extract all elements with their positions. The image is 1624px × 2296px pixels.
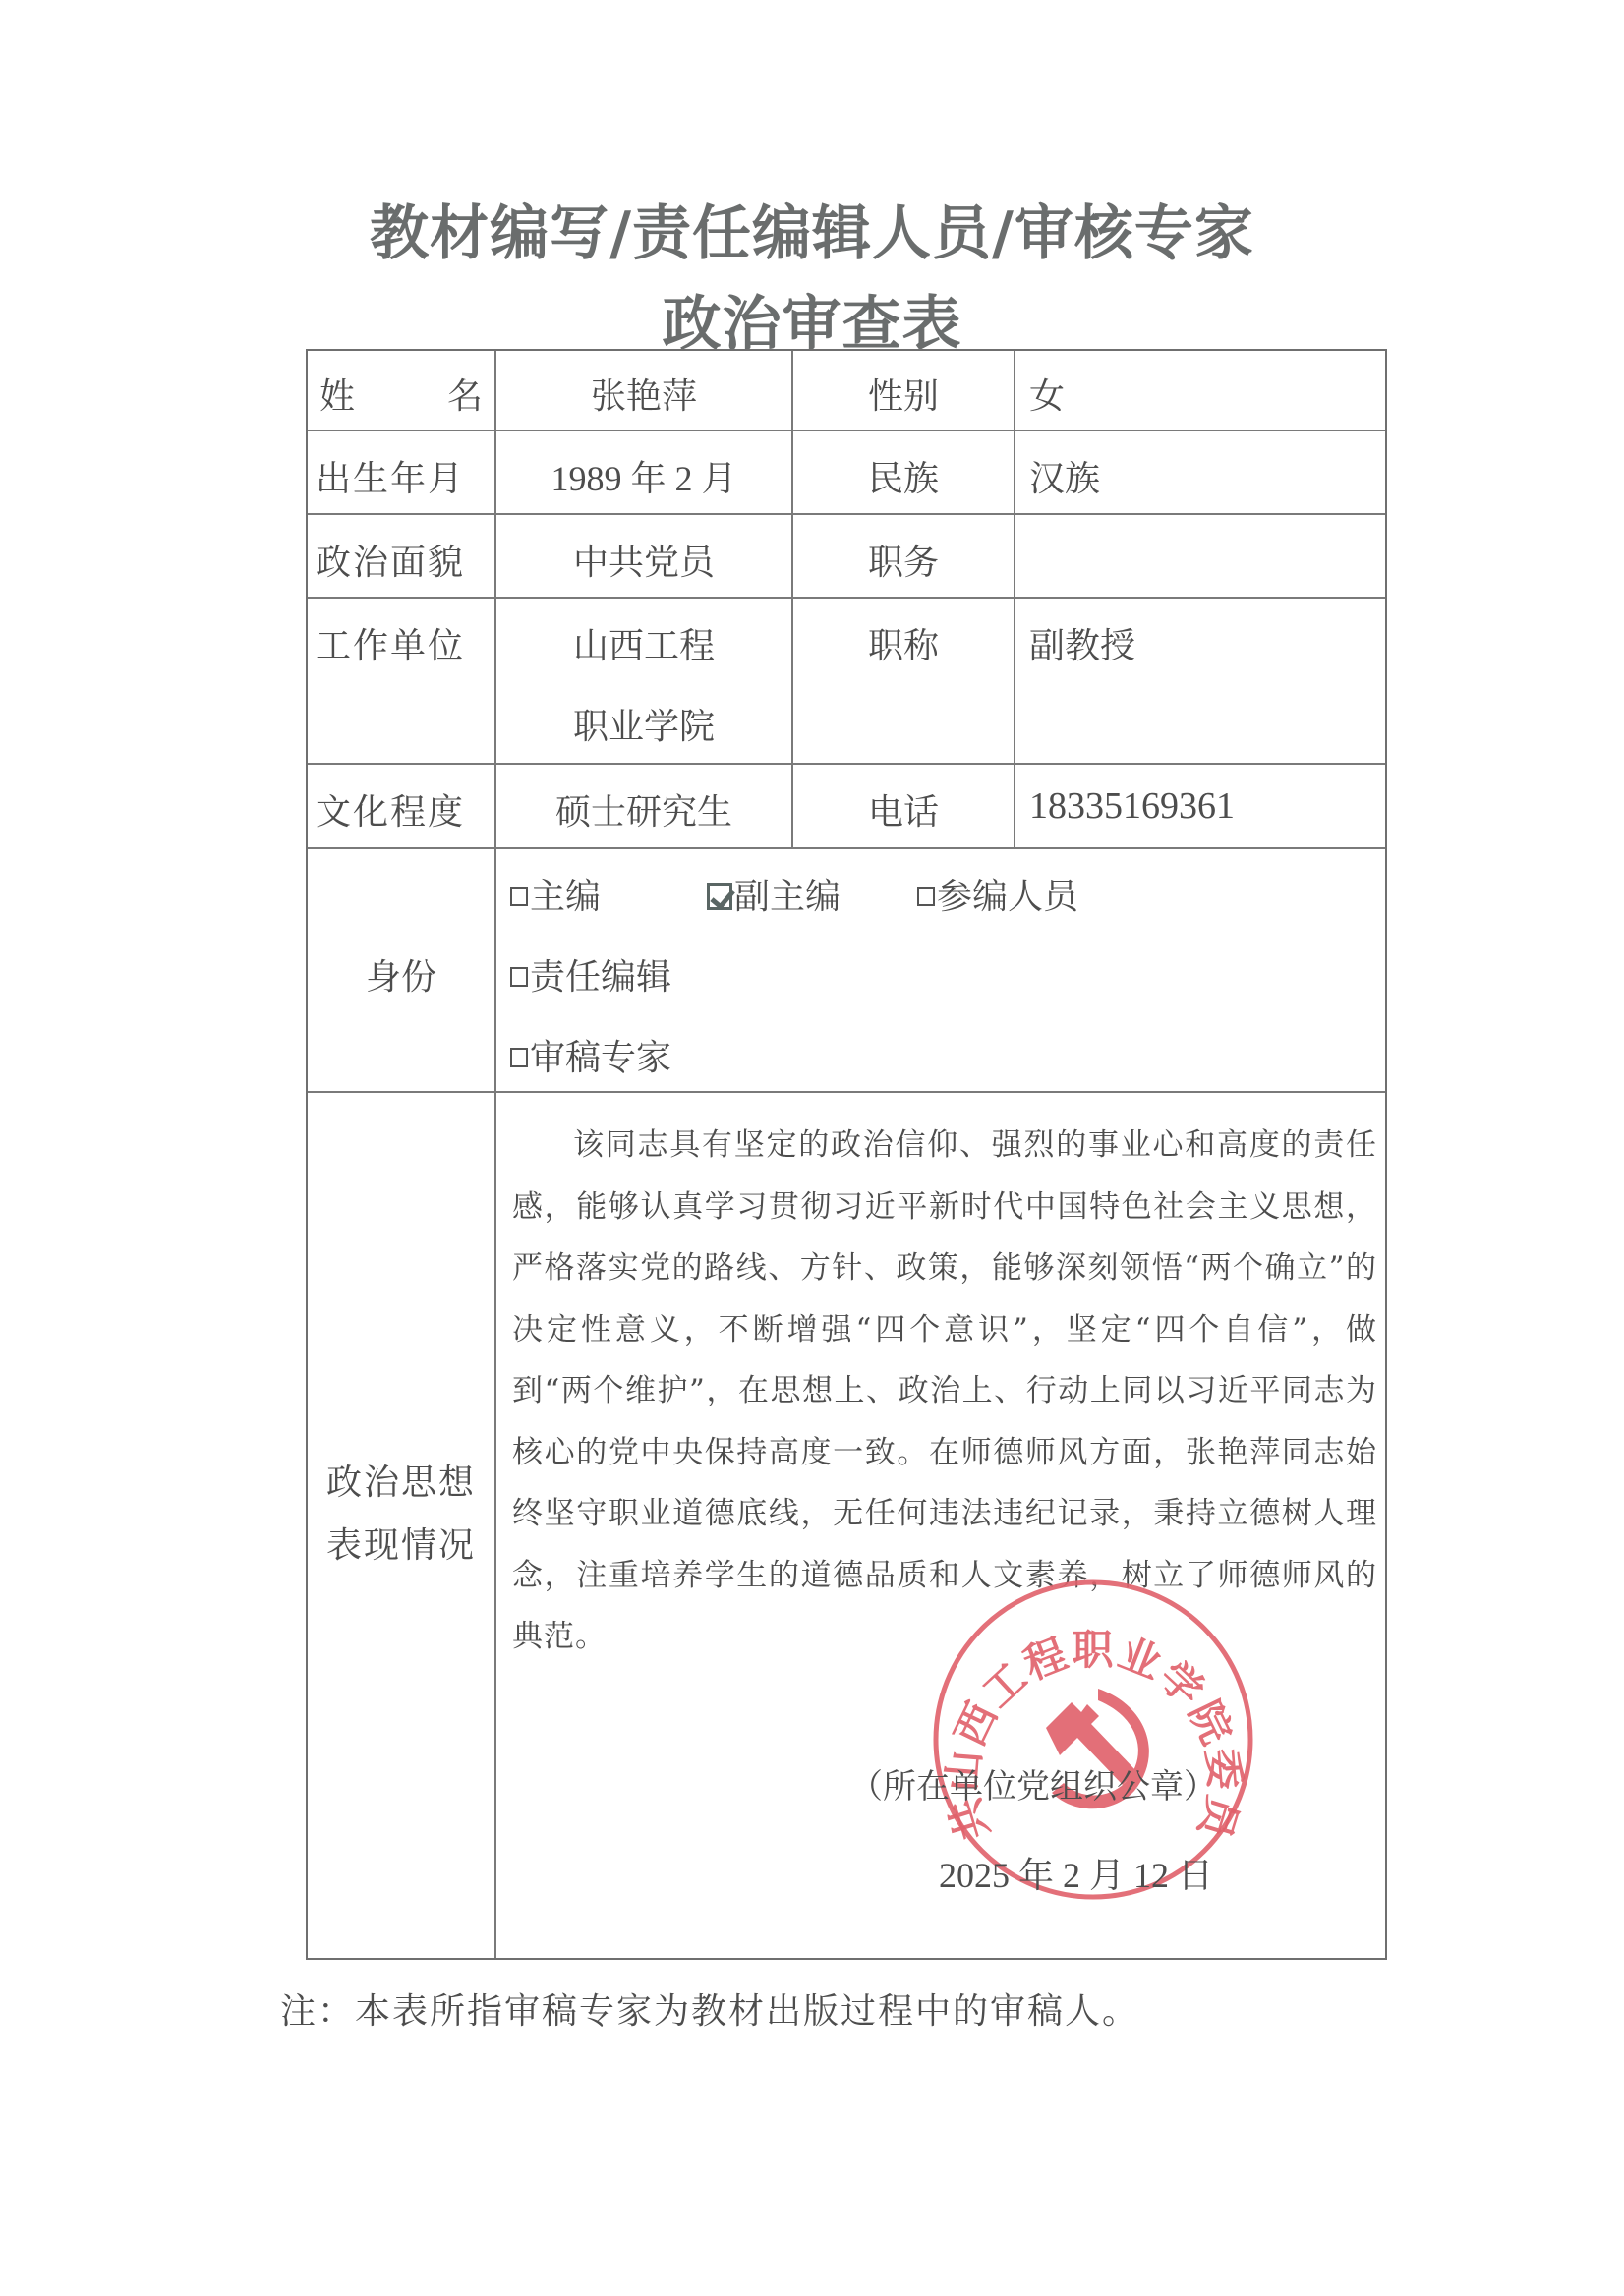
row-work-unit: 工作单位 山西工程 职业学院 职称 副教授 bbox=[308, 599, 1385, 765]
row-birth: 出生年月 1989 年 2 月 民族 汉族 bbox=[308, 431, 1385, 515]
label-political-status: 政治面貌 bbox=[316, 535, 465, 585]
row-education: 文化程度 硕士研究生 电话 18335169361 bbox=[308, 765, 1385, 849]
label-name-char1: 姓 bbox=[319, 369, 355, 419]
footnote: 注：本表所指审稿专家为教材出版过程中的审稿人。 bbox=[280, 1983, 1139, 2034]
option-responsible-editor[interactable]: 责任编辑 bbox=[510, 949, 671, 1000]
form-title-line1: 教材编写/责任编辑人员/审核专家 bbox=[0, 187, 1624, 271]
option-label-reviewer: 审稿专家 bbox=[530, 1038, 671, 1078]
value-professional-title: 副教授 bbox=[1029, 618, 1135, 668]
value-name: 张艳萍 bbox=[496, 369, 791, 419]
value-cell-education: 硕士研究生 bbox=[496, 765, 793, 847]
value-birth: 1989 年 2 月 bbox=[496, 451, 791, 501]
label-cell-position: 职务 bbox=[793, 515, 1015, 597]
option-reviewer[interactable]: 审稿专家 bbox=[510, 1030, 671, 1080]
label-identity: 身份 bbox=[308, 949, 494, 1000]
label-cell-work-unit: 工作单位 bbox=[308, 599, 496, 763]
value-phone: 18335169361 bbox=[1029, 784, 1235, 828]
value-education: 硕士研究生 bbox=[496, 784, 791, 834]
label-political-performance-line2: 表现情况 bbox=[308, 1518, 494, 1568]
option-label-deputy-editor: 副主编 bbox=[734, 877, 841, 917]
label-position: 职务 bbox=[793, 535, 1014, 585]
label-work-unit: 工作单位 bbox=[316, 618, 465, 668]
checkbox-contributor[interactable] bbox=[917, 887, 935, 906]
checkbox-reviewer[interactable] bbox=[510, 1048, 528, 1067]
label-name-char2: 名 bbox=[447, 369, 483, 419]
value-political-status: 中共党员 bbox=[496, 535, 791, 585]
seal-caption: （所在单位党组织公章） bbox=[849, 1759, 1217, 1808]
review-form-table: 姓 名 张艳萍 性别 女 出生年月 1989 年 2 月 民族 汉族 政治 bbox=[306, 349, 1387, 1960]
option-label-contributor: 参编人员 bbox=[937, 877, 1078, 917]
option-contributor[interactable]: 参编人员 bbox=[917, 869, 1078, 919]
value-gender: 女 bbox=[1029, 369, 1065, 419]
sign-date: 2025 年 2 月 12 日 bbox=[939, 1848, 1213, 1898]
label-cell-gender: 性别 bbox=[793, 351, 1015, 430]
label-birth: 出生年月 bbox=[316, 451, 465, 501]
label-cell-professional-title: 职称 bbox=[793, 599, 1015, 763]
value-ethnicity: 汉族 bbox=[1029, 451, 1100, 501]
label-cell-phone: 电话 bbox=[793, 765, 1015, 847]
row-name: 姓 名 张艳萍 性别 女 bbox=[308, 351, 1385, 431]
checkbox-chief-editor[interactable] bbox=[510, 887, 528, 906]
label-cell-birth: 出生年月 bbox=[308, 431, 496, 513]
option-label-chief-editor: 主编 bbox=[530, 877, 601, 917]
label-cell-political-performance: 政治思想 表现情况 bbox=[308, 1093, 496, 1958]
value-cell-professional-title: 副教授 bbox=[1015, 599, 1385, 763]
label-ethnicity: 民族 bbox=[793, 451, 1014, 501]
political-performance-content-cell: 该同志具有坚定的政治信仰、强烈的事业心和高度的责任感，能够认真学习贯彻习近平新时… bbox=[496, 1093, 1385, 1958]
label-phone: 电话 bbox=[793, 784, 1014, 834]
label-cell-education: 文化程度 bbox=[308, 765, 496, 847]
identity-options-cell: 主编 副主编 参编人员 责任编辑 审稿专家 bbox=[496, 849, 1385, 1091]
label-cell-ethnicity: 民族 bbox=[793, 431, 1015, 513]
label-political-performance-line1: 政治思想 bbox=[308, 1455, 494, 1505]
value-work-unit-line1: 山西工程 bbox=[496, 618, 791, 668]
label-education: 文化程度 bbox=[316, 784, 465, 834]
option-chief-editor[interactable]: 主编 bbox=[510, 869, 601, 919]
value-cell-ethnicity: 汉族 bbox=[1015, 431, 1385, 513]
option-deputy-editor[interactable]: 副主编 bbox=[707, 869, 841, 919]
value-cell-birth: 1989 年 2 月 bbox=[496, 431, 793, 513]
checkbox-responsible-editor[interactable] bbox=[510, 967, 528, 987]
label-professional-title: 职称 bbox=[793, 618, 1014, 668]
value-cell-political-status: 中共党员 bbox=[496, 515, 793, 597]
label-cell-identity: 身份 bbox=[308, 849, 496, 1091]
checkbox-deputy-editor-checked[interactable] bbox=[707, 883, 732, 910]
row-political-performance: 政治思想 表现情况 该同志具有坚定的政治信仰、强烈的事业心和高度的责任感，能够认… bbox=[308, 1093, 1385, 1958]
row-identity: 身份 主编 副主编 参编人员 责任编辑 审稿专家 bbox=[308, 849, 1385, 1093]
label-cell-name: 姓 名 bbox=[308, 351, 496, 430]
label-cell-political-status: 政治面貌 bbox=[308, 515, 496, 597]
label-gender: 性别 bbox=[793, 369, 1014, 419]
value-cell-work-unit: 山西工程 职业学院 bbox=[496, 599, 793, 763]
option-label-responsible-editor: 责任编辑 bbox=[530, 957, 671, 998]
value-cell-position bbox=[1015, 515, 1385, 597]
political-performance-paragraph: 该同志具有坚定的政治信仰、强烈的事业心和高度的责任感，能够认真学习贯彻习近平新时… bbox=[512, 1115, 1377, 1668]
value-cell-phone: 18335169361 bbox=[1015, 765, 1385, 847]
value-cell-gender: 女 bbox=[1015, 351, 1385, 430]
value-work-unit-line2: 职业学院 bbox=[496, 699, 791, 749]
row-political-status: 政治面貌 中共党员 职务 bbox=[308, 515, 1385, 599]
value-cell-name: 张艳萍 bbox=[496, 351, 793, 430]
